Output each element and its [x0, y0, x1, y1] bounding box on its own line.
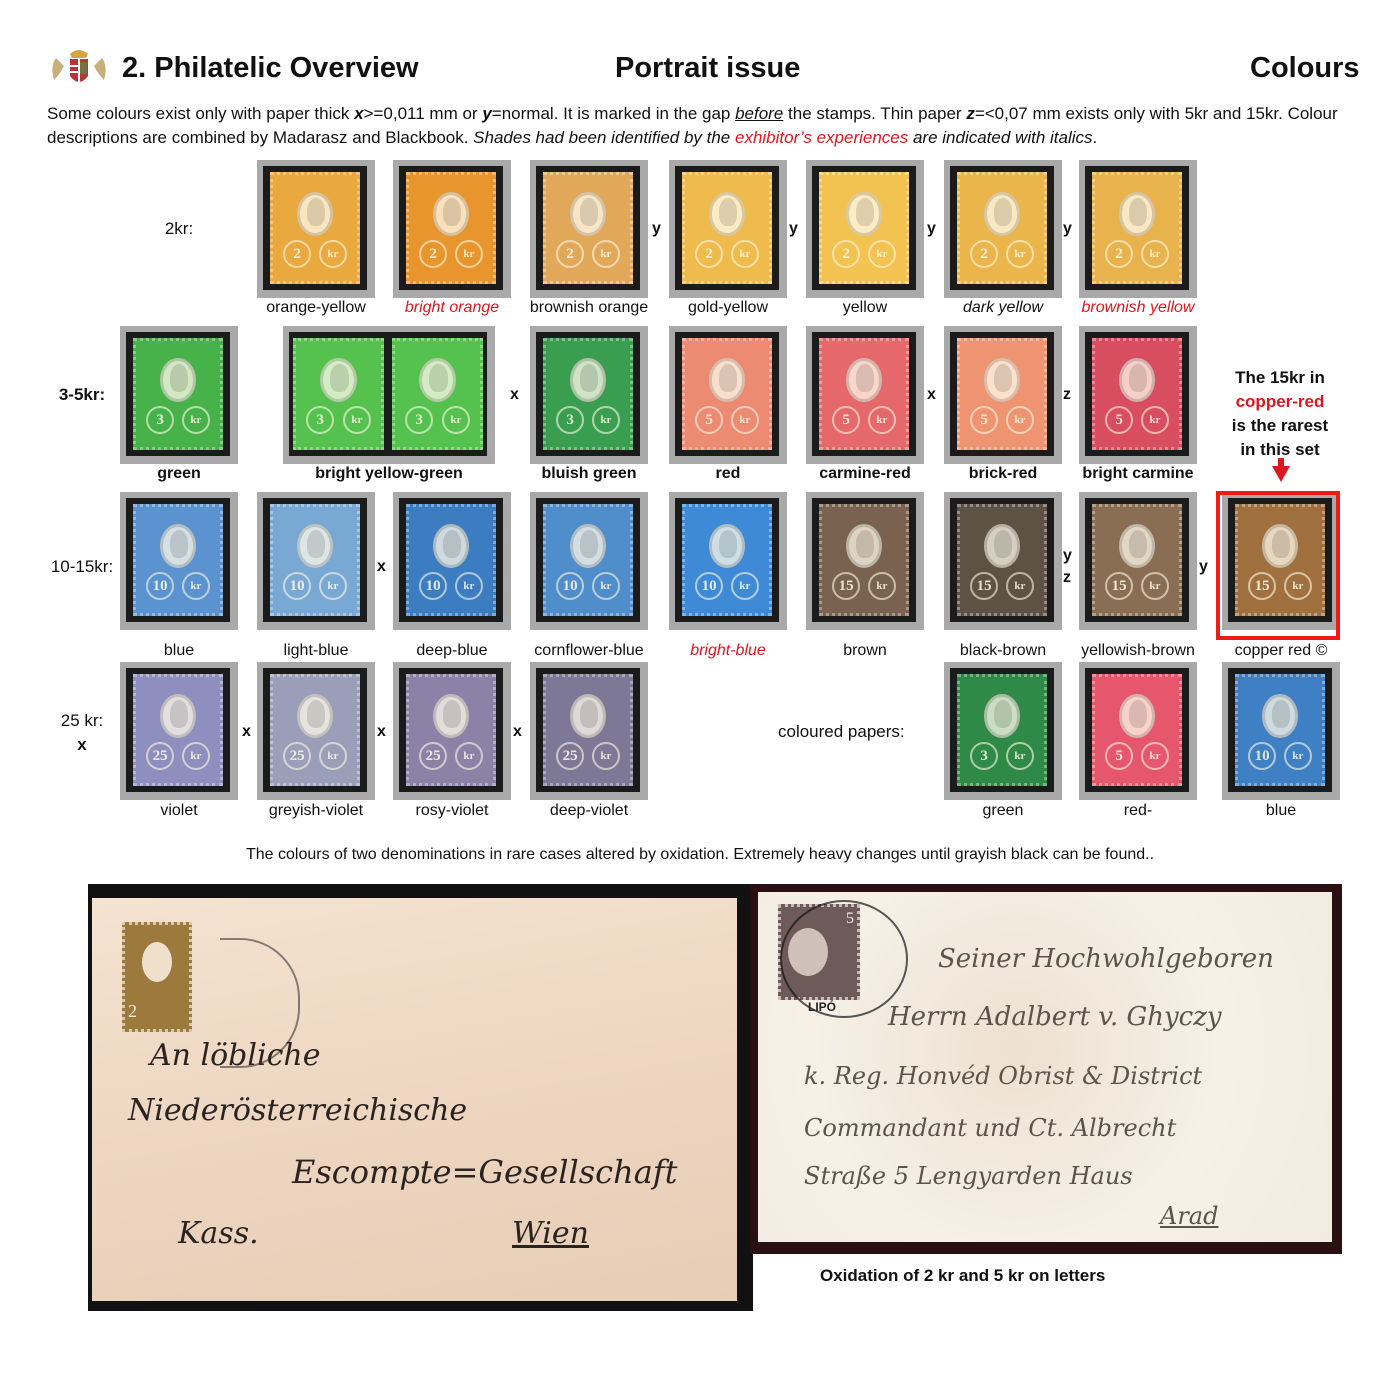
stamp-image: 5kr [957, 338, 1047, 450]
stamp-caption: brownish yellow [1063, 299, 1213, 317]
stamp-image: 2kr [957, 172, 1047, 284]
stamp-image: 3kr [957, 674, 1047, 786]
envelope: 5 LIPÓ Seiner Hochwohlgeboren Herrn Adal… [758, 892, 1332, 1242]
stamp-image: 5kr [682, 338, 772, 450]
stamp-image: 10kr [682, 504, 772, 616]
stamp-bright-blue: 10kr [669, 492, 787, 630]
stamp-caption: light-blue [241, 642, 391, 660]
stamp-green: 3kr [944, 662, 1062, 800]
paper-mark-y: y [652, 220, 661, 238]
stamp-green: 3kr [120, 326, 238, 464]
postmark [780, 900, 908, 1018]
stamp-image: 3kr [293, 338, 384, 450]
paper-mark-y: y [1063, 547, 1072, 565]
stamp-caption: orange-yellow [241, 299, 391, 317]
stamp-bluish-green: 3kr [530, 326, 648, 464]
stamp-caption: brown [790, 642, 940, 660]
stamp-image: 3kr [543, 338, 633, 450]
stamp-image: 3kr [392, 338, 483, 450]
stamp-brick-red: 5kr [944, 326, 1062, 464]
stamp-caption: green [104, 465, 254, 483]
stamp-image: 2kr [819, 172, 909, 284]
stamp-caption: yellow [790, 299, 940, 317]
stamp-caption: dark yellow [928, 299, 1078, 317]
stamp-caption: red- [1063, 802, 1213, 820]
stamp-image: 3kr [133, 338, 223, 450]
stamp-red: 5kr [1079, 662, 1197, 800]
paper-mark-y: y [789, 220, 798, 238]
stamp-black-brown: 15kr [944, 492, 1062, 630]
letter-5kr-oxidized: 5 LIPÓ Seiner Hochwohlgeboren Herrn Adal… [750, 884, 1342, 1254]
stamp-yellow: 2kr [806, 160, 924, 298]
stamp-caption: rosy-violet [377, 802, 527, 820]
stamp-image: 25kr [133, 674, 223, 786]
stamp-violet: 25kr [120, 662, 238, 800]
stamp-caption: copper red © [1206, 642, 1356, 660]
paper-mark-y: y [1063, 220, 1072, 238]
stamp-image: 5kr [1092, 674, 1182, 786]
stamp-caption: bright carmine [1063, 465, 1213, 483]
oxidized-2kr-stamp: 2 [122, 922, 192, 1032]
stamp-image: 2kr [1092, 172, 1182, 284]
page-title: 2. Philatelic Overview [122, 52, 419, 85]
stamp-image: 5kr [1092, 338, 1182, 450]
stamp-image: 2kr [406, 172, 496, 284]
stamp-caption: brownish orange [514, 299, 664, 317]
stamp-image: 2kr [270, 172, 360, 284]
stamp-orange-yellow: 2kr [257, 160, 375, 298]
row-label-2kr: 2kr: [139, 219, 219, 239]
row-label-3-5kr: 3-5kr: [42, 385, 122, 405]
row-label-25kr-mark: x [42, 735, 122, 755]
section-title: Colours [1250, 52, 1360, 85]
stamp-image: 15kr [1092, 504, 1182, 616]
stamp-caption: blue [1206, 802, 1356, 820]
stamp-caption: bright-blue [653, 642, 803, 660]
stamp-caption: bright orange [377, 299, 527, 317]
stamp-caption: violet [104, 802, 254, 820]
stamp-deep-violet: 25kr [530, 662, 648, 800]
paper-mark-z: z [1063, 386, 1071, 404]
stamp-caption: red [653, 465, 803, 483]
stamp-cornflower-blue: 10kr [530, 492, 648, 630]
stamp-image: 25kr [543, 674, 633, 786]
stamp-caption: black-brown [928, 642, 1078, 660]
page-subtitle: Portrait issue [615, 52, 800, 85]
stamp-caption: gold-yellow [653, 299, 803, 317]
stamp-image: 10kr [133, 504, 223, 616]
coloured-papers-label: coloured papers: [778, 722, 905, 742]
stamp-caption: brick-red [928, 465, 1078, 483]
stamp-image: 15kr [957, 504, 1047, 616]
stamp-image: 10kr [406, 504, 496, 616]
stamp-bright-orange: 2kr [393, 160, 511, 298]
stamp-image: 10kr [543, 504, 633, 616]
stamp-greyish-violet: 25kr [257, 662, 375, 800]
stamp-caption: green [928, 802, 1078, 820]
paper-mark-x: x [377, 558, 386, 576]
stamp-brownish-yellow: 2kr [1079, 160, 1197, 298]
stamp-caption: blue [104, 642, 254, 660]
stamp-dark-yellow: 2kr [944, 160, 1062, 298]
stamp-yellowish-brown: 15kr [1079, 492, 1197, 630]
letter-2kr-oxidized: 2 An löbliche Niederösterreichische Esco… [88, 884, 753, 1311]
paper-mark-x: x [927, 386, 936, 404]
rare-stamp-highlight [1216, 491, 1340, 640]
oxidation-note: The colours of two denominations in rare… [0, 846, 1400, 864]
stamp-image: 15kr [819, 504, 909, 616]
stamp-blue: 10kr [1222, 662, 1340, 800]
stamp-light-blue: 10kr [257, 492, 375, 630]
paper-mark-x: x [242, 723, 251, 741]
stamp-caption: bluish green [514, 465, 664, 483]
stamp-bright-carmine: 5kr [1079, 326, 1197, 464]
paper-mark-z: z [1063, 569, 1071, 587]
stamp-image: 2kr [543, 172, 633, 284]
stamp-caption: yellowish-brown [1063, 642, 1213, 660]
stamp-blue: 10kr [120, 492, 238, 630]
stamp-deep-blue: 10kr [393, 492, 511, 630]
stamp-red: 5kr [669, 326, 787, 464]
stamp-gold-yellow: 2kr [669, 160, 787, 298]
paper-mark-x: x [510, 386, 519, 404]
stamp-caption: deep-blue [377, 642, 527, 660]
paper-mark-y: y [927, 220, 936, 238]
stamp-bright-yellow-green: 3kr 3kr [283, 326, 495, 464]
paper-mark-y: y [1199, 558, 1208, 576]
intro-paragraph: Some colours exist only with paper thick… [47, 102, 1367, 150]
stamp-caption: deep-violet [514, 802, 664, 820]
stamp-carmine-red: 5kr [806, 326, 924, 464]
paper-mark-x: x [377, 723, 386, 741]
stamp-brownish-orange: 2kr [530, 160, 648, 298]
stamp-caption: carmine-red [790, 465, 940, 483]
stamp-caption: bright yellow-green [314, 465, 464, 483]
stamp-caption: greyish-violet [241, 802, 391, 820]
arrow-down-icon [1272, 466, 1290, 482]
stamp-rosy-violet: 25kr [393, 662, 511, 800]
coat-of-arms-icon [48, 44, 110, 92]
stamp-image: 10kr [270, 504, 360, 616]
envelope: 2 An löbliche Niederösterreichische Esco… [92, 898, 737, 1301]
stamp-image: 25kr [406, 674, 496, 786]
stamp-brown: 15kr [806, 492, 924, 630]
stamp-caption: cornflower-blue [514, 642, 664, 660]
rarity-note: The 15kr in copper-red is the rarest in … [1212, 366, 1348, 462]
row-label-25kr: 25 kr: [42, 711, 122, 731]
stamp-image: 2kr [682, 172, 772, 284]
stamp-image: 25kr [270, 674, 360, 786]
stamp-image: 5kr [819, 338, 909, 450]
letters-caption: Oxidation of 2 kr and 5 kr on letters [820, 1266, 1105, 1286]
paper-mark-x: x [513, 723, 522, 741]
row-label-10-15kr: 10-15kr: [42, 557, 122, 577]
stamp-image: 10kr [1235, 674, 1325, 786]
